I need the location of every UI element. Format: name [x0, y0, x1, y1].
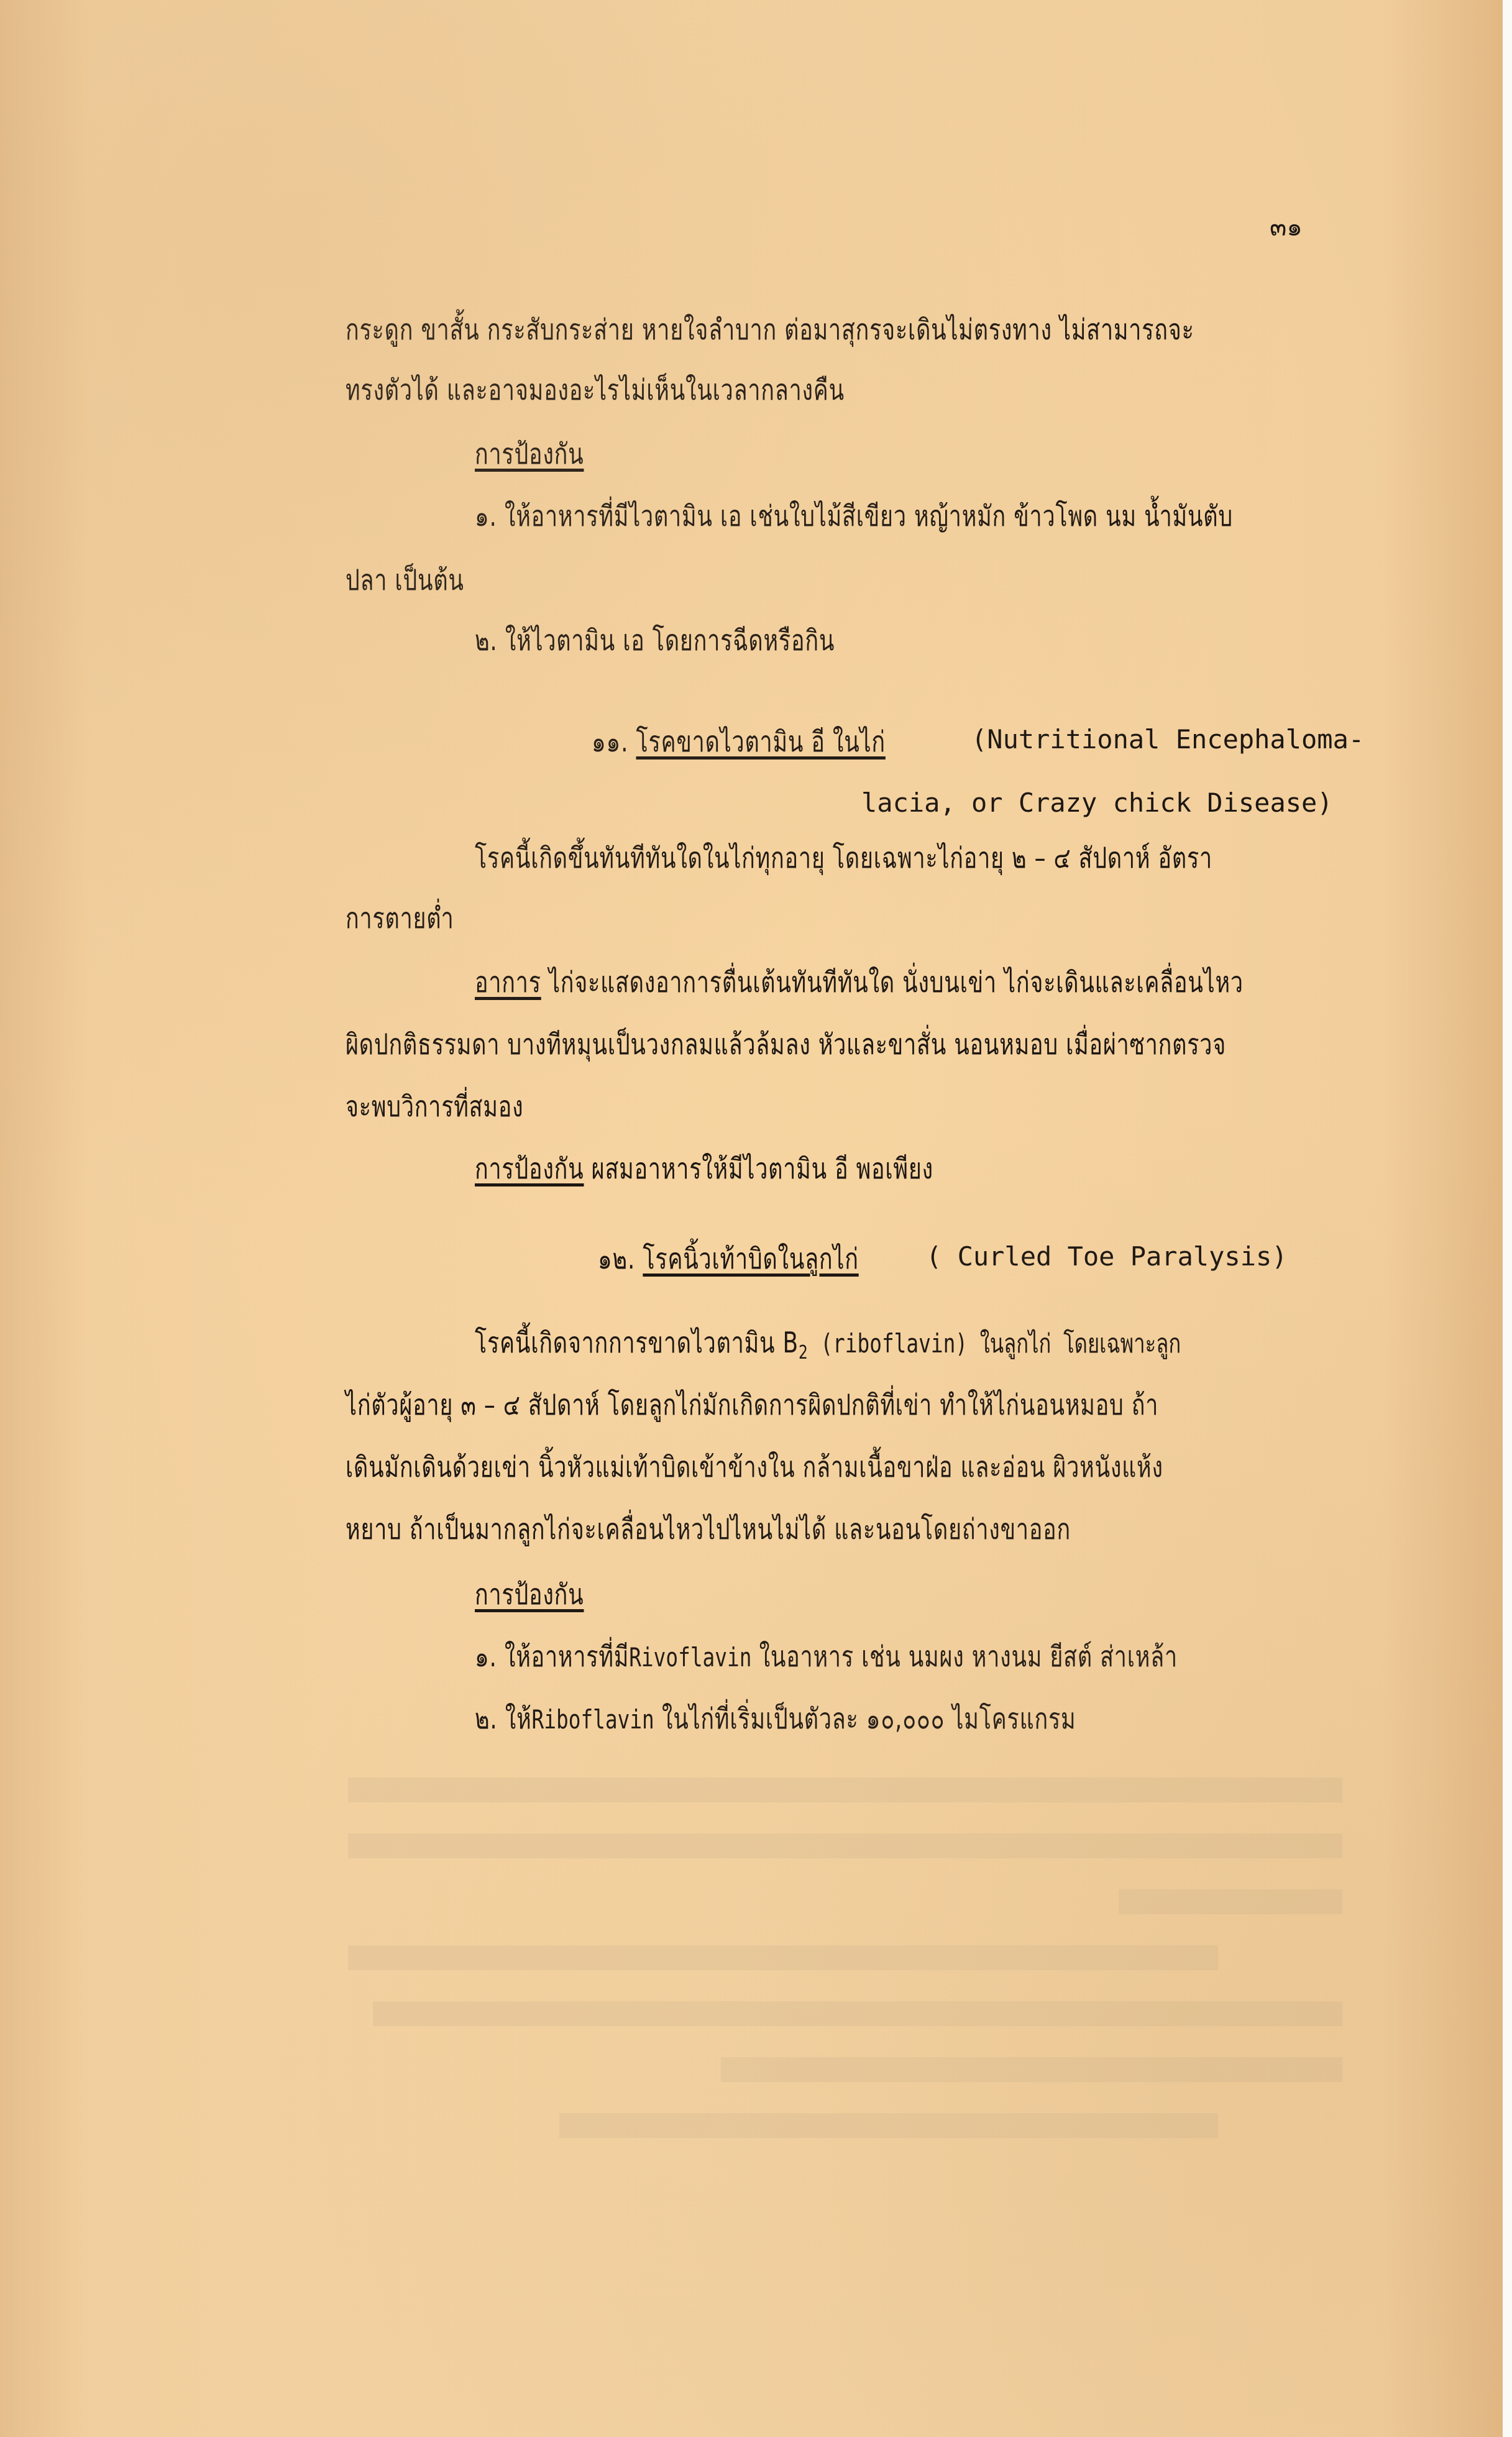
bleed-through-line: [348, 1778, 1342, 1802]
bleed-through-line: [373, 2001, 1342, 2026]
section-12-body-1: โรคนี้เกิดจากการขาดไวตามิน B2 (riboflavi…: [475, 1324, 1181, 1372]
item-text: ในไก่ที่เริ่มเป็นตัวละ ๑๐,๐๐๐ ไมโครแกรม: [654, 1702, 1076, 1735]
section-12-heading: ๑๒. โรคนิ้วเท้าบิดในลูกไก่: [598, 1240, 859, 1277]
body-text-en: (riboflavin) ในลูกไก่ โดยเฉพาะลูก: [809, 1328, 1181, 1359]
symptoms-label: อาการ: [475, 965, 541, 999]
section-11-symptoms-3: จะพบวิการที่สมอง: [346, 1088, 523, 1125]
item-text-en: Riboflavin: [532, 1704, 654, 1735]
body-line-2: ทรงตัวได้ และอาจมองอะไรไม่เห็นในเวลากลาง…: [346, 371, 845, 408]
prevention-text: ผสมอาหารให้มีไวตามิน อี พอเพียง: [592, 1152, 933, 1185]
item-number: ๑.: [475, 1640, 497, 1673]
body-line-1: กระดูก ขาสั้น กระสับกระส่าย หายใจลำบาก ต…: [346, 311, 1194, 348]
section-number: ๑๑.: [592, 725, 628, 758]
section-12-body-4: หยาบ ถ้าเป็นมากลูกไก่จะเคลื่อนไหวไปไหนไม…: [346, 1510, 1071, 1548]
page-number: ๓๑: [1270, 207, 1303, 247]
section-12-prevention-label: การป้องกัน: [475, 1576, 584, 1613]
section-11-title-english-1: (Nutritional Encephaloma-: [971, 721, 1364, 758]
prevention-item-1: ๑. ให้อาหารที่มีไวตามิน เอ เช่นใบไม้สีเข…: [475, 497, 1233, 535]
subscript: 2: [799, 1342, 809, 1364]
item-text-en: Rivoflavin: [629, 1642, 751, 1673]
bleed-through-line: [721, 2057, 1342, 2082]
scan-edge: [1503, 0, 1512, 2437]
item-text: ให้อาหารที่มี: [505, 1640, 629, 1673]
section-title-thai: โรคนิ้วเท้าบิดในลูกไก่: [643, 1242, 858, 1275]
item-number: ๑.: [475, 499, 497, 533]
section-12-prevention-item-2: ๒. ให้Riboflavin ในไก่ที่เริ่มเป็นตัวละ …: [475, 1700, 1076, 1738]
prevention-item-2: ๒. ให้ไวตามิน เอ โดยการฉีดหรือกิน: [475, 622, 835, 659]
item-number: ๒.: [475, 1702, 498, 1735]
section-11-prevention: การป้องกัน ผสมอาหารให้มีไวตามิน อี พอเพี…: [475, 1150, 933, 1187]
item-text: ให้อาหารที่มีไวตามิน เอ เช่นใบไม้สีเขียว…: [505, 499, 1233, 533]
scanned-page: ๓๑ กระดูก ขาสั้น กระสับกระส่าย หายใจลำบา…: [0, 0, 1503, 2437]
section-12-body-3: เดินมักเดินด้วยเข่า นิ้วหัวแม่เท้าบิดเข้…: [346, 1448, 1163, 1485]
section-12-prevention-item-1: ๑. ให้อาหารที่มีRivoflavin ในอาหาร เช่น …: [475, 1638, 1178, 1676]
section-number: ๑๒.: [598, 1242, 635, 1275]
prevention-label: การป้องกัน: [475, 1152, 584, 1185]
prevention-heading-1: การป้องกัน: [475, 435, 584, 472]
symptoms-text: ไก่จะแสดงอาการตื่นเต้นทันทีทันใด นั่งบนเ…: [549, 965, 1244, 999]
section-12-body-2: ไก่ตัวผู้อายุ ๓ – ๔ สัปดาห์ โดยลูกไก่มัก…: [346, 1386, 1158, 1423]
section-title-thai: โรคขาดไวตามิน อี ในไก่: [636, 725, 885, 758]
prevention-item-1-cont: ปลา เป็นต้น: [346, 561, 464, 599]
item-text: ในอาหาร เช่น นมผง หางนม ยีสต์ ส่าเหล้า: [751, 1640, 1177, 1673]
section-11-heading: ๑๑. โรคขาดไวตามิน อี ในไก่: [592, 723, 886, 760]
body-text: โรคนี้เกิดจากการขาดไวตามิน B: [475, 1326, 799, 1359]
section-11-symptoms-2: ผิดปกติธรรมดา บางทีหมุนเป็นวงกลมแล้วล้มล…: [346, 1026, 1226, 1063]
item-text: ให้: [505, 1702, 532, 1735]
section-12-title-english: ( Curled Toe Paralysis): [926, 1238, 1288, 1275]
section-11-body-1: โรคนี้เกิดขึ้นทันทีทันใดในไก่ทุกอายุ โดย…: [475, 839, 1212, 876]
bleed-through-line: [348, 1945, 1218, 1970]
section-11-symptoms-1: อาการ ไก่จะแสดงอาการตื่นเต้นทันทีทันใด น…: [475, 963, 1244, 1001]
bleed-through-line: [559, 2113, 1218, 2138]
bleed-through-line: [348, 1833, 1342, 1858]
item-number: ๒.: [475, 623, 498, 657]
bleed-through-line: [1119, 1889, 1342, 1914]
item-text: ให้ไวตามิน เอ โดยการฉีดหรือกิน: [505, 623, 835, 657]
section-11-body-2: การตายต่ำ: [346, 899, 454, 937]
section-11-title-english-2: lacia, or Crazy chick Disease): [861, 784, 1333, 822]
